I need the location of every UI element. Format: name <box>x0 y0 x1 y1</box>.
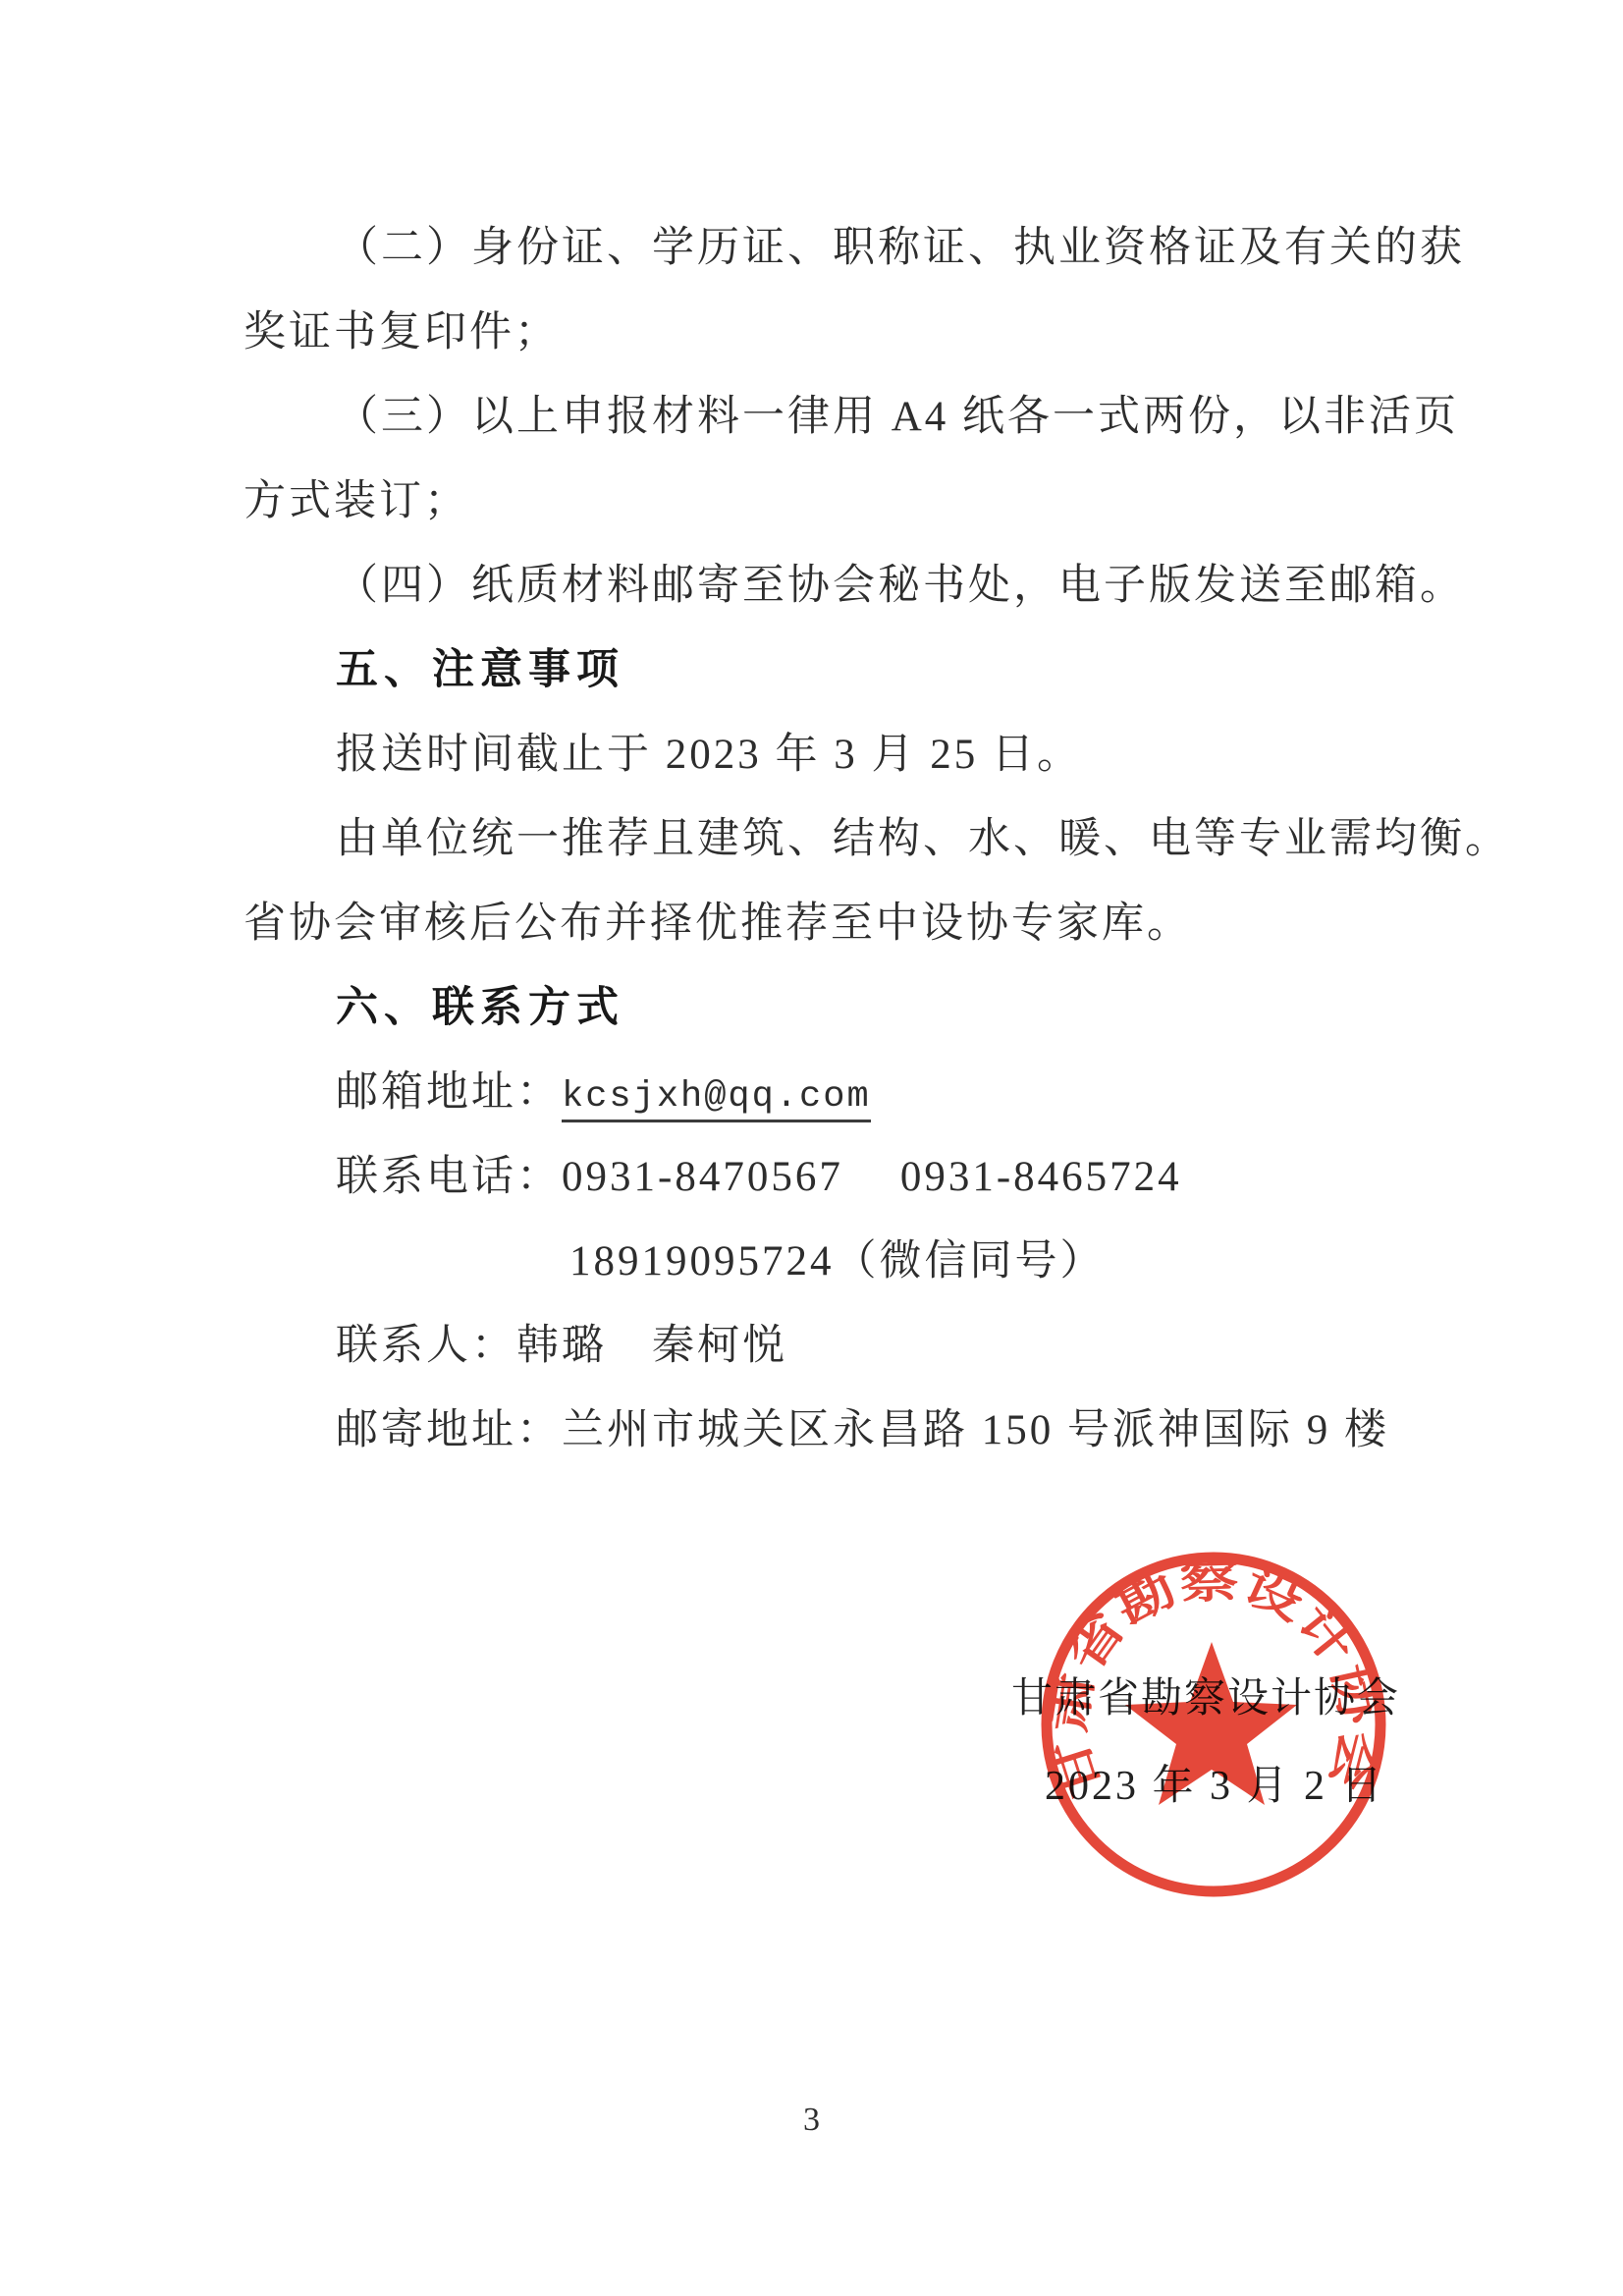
page-number: 3 <box>0 2102 1623 2139</box>
email-label: 邮箱地址： <box>336 1069 562 1116</box>
phone-number-3: 18919095724（微信同号） <box>243 1220 1510 1304</box>
contact-person-line: 联系人：韩璐 秦柯悦 <box>243 1304 1510 1389</box>
paragraph-item-3-line-2: 方式装订； <box>243 460 1510 544</box>
phone-label: 联系电话： <box>336 1154 562 1200</box>
official-seal-stamp: 甘肃省勘察设计协会 <box>1021 1532 1414 1925</box>
email-address: kcsjxh@qq.com <box>562 1076 871 1122</box>
document-page: （二）身份证、学历证、职称证、执业资格证及有关的获 奖证书复印件； （三）以上申… <box>0 0 1623 2296</box>
section-5-heading: 五、注意事项 <box>243 629 1510 713</box>
seal-star-icon <box>1125 1642 1297 1805</box>
section-5-line-3: 省协会审核后公布并择优推荐至中设协专家库。 <box>243 882 1510 966</box>
phone-number-1: 0931-8470567 <box>562 1154 843 1200</box>
phone-line: 联系电话：0931-84705670931-8465724 <box>243 1135 1510 1220</box>
section-6-heading: 六、联系方式 <box>243 966 1510 1051</box>
section-5-line-2: 由单位统一推荐且建筑、结构、水、暖、电等专业需均衡。 <box>243 797 1510 882</box>
mailing-address-line: 邮寄地址：兰州市城关区永昌路 150 号派神国际 9 楼 <box>243 1389 1510 1473</box>
email-line: 邮箱地址：kcsjxh@qq.com <box>243 1051 1510 1135</box>
paragraph-item-3-line-1: （三）以上申报材料一律用 A4 纸各一式两份，以非活页 <box>243 375 1510 460</box>
paragraph-item-4: （四）纸质材料邮寄至协会秘书处，电子版发送至邮箱。 <box>243 544 1510 629</box>
document-body: （二）身份证、学历证、职称证、执业资格证及有关的获 奖证书复印件； （三）以上申… <box>243 206 1510 1473</box>
paragraph-item-2-line-1: （二）身份证、学历证、职称证、执业资格证及有关的获 <box>243 206 1510 291</box>
phone-number-2: 0931-8465724 <box>900 1154 1182 1200</box>
section-5-line-1: 报送时间截止于 2023 年 3 月 25 日。 <box>243 713 1510 797</box>
paragraph-item-2-line-2: 奖证书复印件； <box>243 291 1510 375</box>
